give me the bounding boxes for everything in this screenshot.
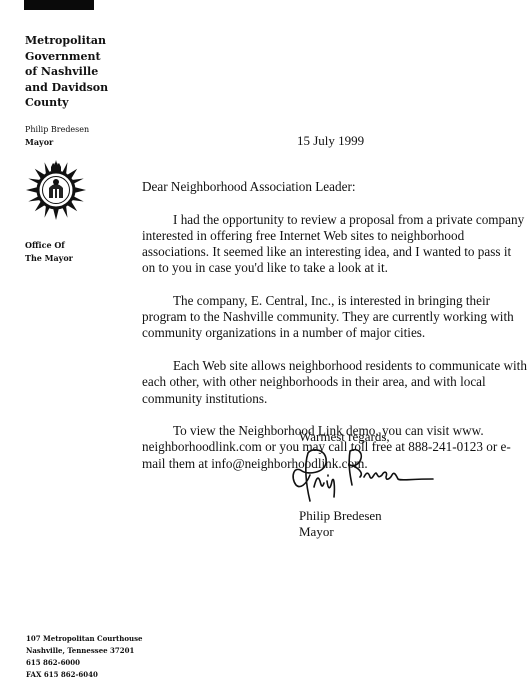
office-line: Office Of — [25, 239, 73, 252]
address-line: 107 Metropolitan Courthouse — [26, 633, 143, 645]
letter-page: Metropolitan Government of Nashville and… — [0, 0, 530, 684]
org-line: Metropolitan — [25, 33, 108, 49]
city-seal-icon — [24, 158, 88, 222]
org-line: and Davidson — [25, 80, 108, 96]
letter-date: 15 July 1999 — [297, 133, 364, 149]
org-line: Government — [25, 49, 108, 65]
address-line: Nashville, Tennessee 37201 — [26, 645, 143, 657]
letterhead-bar — [24, 0, 94, 10]
organization-name: Metropolitan Government of Nashville and… — [25, 33, 108, 111]
org-line: County — [25, 95, 108, 111]
office-of-the-mayor: Office Of The Mayor — [25, 239, 73, 265]
paragraph: The company, E. Central, Inc., is intere… — [142, 293, 527, 342]
paragraph: I had the opportunity to review a propos… — [142, 212, 527, 277]
signer-title: Mayor — [299, 524, 382, 540]
signer-name: Philip Bredesen — [299, 508, 382, 524]
footer-address: 107 Metropolitan Courthouse Nashville, T… — [26, 633, 143, 681]
official-name: Philip Bredesen — [25, 123, 89, 136]
signer-block: Philip Bredesen Mayor — [299, 508, 382, 539]
closing: Warmest regards, — [299, 429, 390, 445]
salutation: Dear Neighborhood Association Leader: — [142, 179, 527, 195]
handwritten-signature-icon — [288, 445, 438, 505]
phone-line: 615 862-6000 — [26, 657, 143, 669]
paragraph: Each Web site allows neighborhood reside… — [142, 358, 527, 407]
letterhead-official: Philip Bredesen Mayor — [25, 123, 89, 149]
official-title: Mayor — [25, 136, 89, 149]
org-line: of Nashville — [25, 64, 108, 80]
office-line: The Mayor — [25, 252, 73, 265]
fax-line: FAX 615 862-6040 — [26, 669, 143, 681]
